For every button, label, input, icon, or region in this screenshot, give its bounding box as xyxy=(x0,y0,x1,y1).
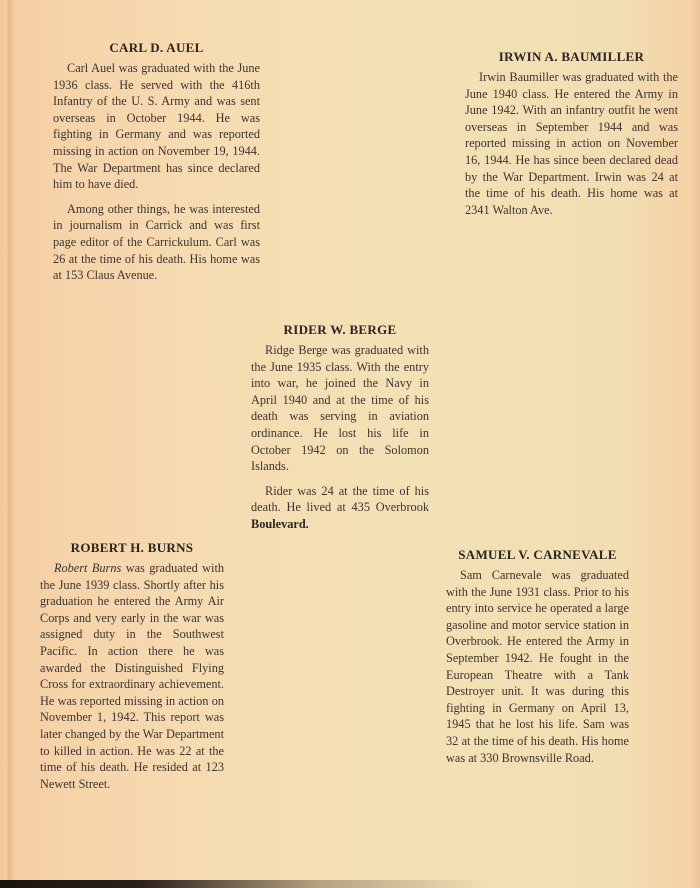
bio-irwin-a-baumiller: IRWIN A. BAUMILLER Irwin Baumiller was g… xyxy=(465,49,678,226)
bio-carl-d-auel: CARL D. AUEL Carl Auel was graduated wit… xyxy=(53,40,260,292)
bio-text: was graduated with the June 1939 class. … xyxy=(40,561,224,791)
bio-italic-lead: Robert Burns xyxy=(54,561,121,575)
bio-paragraph: Carl Auel was graduated with the June 19… xyxy=(53,60,260,193)
bio-name: SAMUEL V. CARNEVALE xyxy=(446,547,629,563)
bio-name: ROBERT H. BURNS xyxy=(40,540,224,556)
bio-paragraph: Sam Carnevale was graduated with the Jun… xyxy=(446,567,629,766)
bio-paragraph: Irwin Baumiller was graduated with the J… xyxy=(465,69,678,218)
bio-name: RIDER W. BERGE xyxy=(251,322,429,338)
bio-paragraph: Ridge Berge was graduated with the June … xyxy=(251,342,429,475)
bio-name: IRWIN A. BAUMILLER xyxy=(465,49,678,65)
bio-samuel-v-carnevale: SAMUEL V. CARNEVALE Sam Carnevale was gr… xyxy=(446,547,629,774)
bio-paragraph: Rider was 24 at the time of his death. H… xyxy=(251,483,429,533)
bio-text: Rider was 24 at the time of his death. H… xyxy=(251,484,429,515)
bio-bold-text: Boulevard. xyxy=(251,517,309,531)
memorial-page: CARL D. AUEL Carl Auel was graduated wit… xyxy=(0,0,700,888)
bio-rider-w-berge: RIDER W. BERGE Ridge Berge was graduated… xyxy=(251,322,429,541)
bio-paragraph: Robert Burns was graduated with the June… xyxy=(40,560,224,792)
bio-name: CARL D. AUEL xyxy=(53,40,260,56)
bio-robert-h-burns: ROBERT H. BURNS Robert Burns was graduat… xyxy=(40,540,224,800)
bio-paragraph: Among other things, he was interested in… xyxy=(53,201,260,284)
